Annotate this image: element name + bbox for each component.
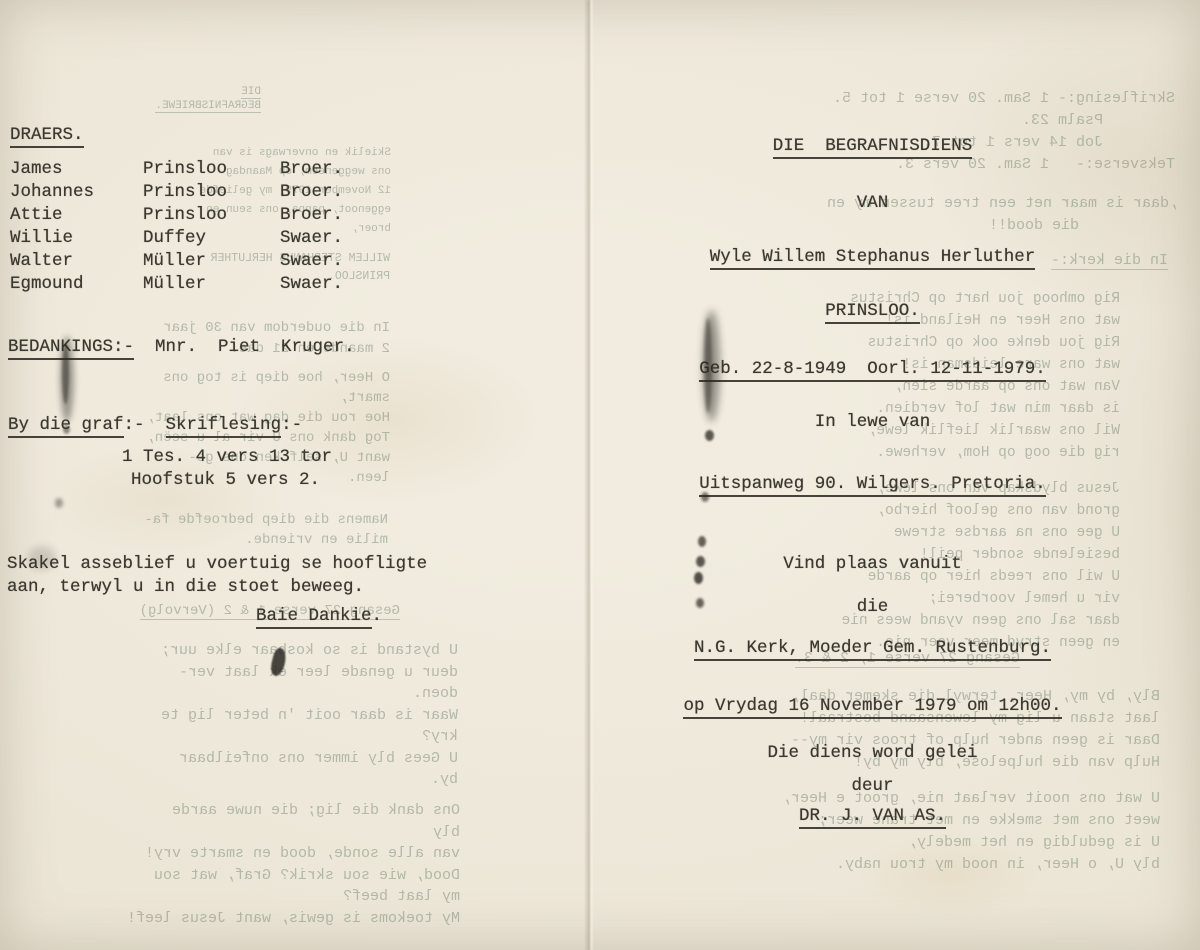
thank-you-line: Baie Dankie.: [256, 605, 382, 628]
page-fold-crease: [584, 0, 594, 950]
takes-place-label: Vind plaas vanuit: [600, 554, 1145, 574]
bearer-relation: Swaer.: [280, 273, 343, 296]
bleedthrough-right-paragraph: Skriflesing:- 1 Sam. 20 verse 1 tot 5. P…: [745, 88, 1175, 176]
bearer-surname: Duffey: [143, 227, 206, 250]
thanks-value: Mnr. Piet Kruger.: [134, 337, 355, 357]
ink-blot: [55, 498, 63, 508]
bearer-first-name: Johannes: [10, 181, 94, 204]
ink-smudge-core: [704, 318, 712, 413]
deceased-surname: PRINSLOO.: [825, 301, 920, 324]
headlights-notice-line1: Skakel asseblief u voertuig se hoofligte: [7, 553, 427, 576]
bleedthrough-left-paragraph: Namens die diep bedroefde fa- milie en v…: [58, 510, 388, 550]
thank-you-text: Baie Dankie: [256, 606, 372, 629]
bearer-surname: Müller: [143, 273, 206, 296]
bearer-surname: Müller: [143, 250, 206, 273]
bearer-surname: Prinsloo: [143, 204, 227, 227]
scanned-funeral-program: DIE BEGRAFNISBRIEWE. Skielik en onverwag…: [0, 0, 1200, 950]
headlights-notice-line2: aan, terwyl u in die stoet beweeg.: [7, 576, 364, 599]
of-label: VAN: [600, 193, 1145, 213]
grey-smudge: [28, 546, 56, 570]
bearer-first-name: Egmound: [10, 273, 84, 296]
ink-smudge-core: [62, 344, 69, 404]
ink-blot: [696, 598, 704, 608]
bearer-first-name: James: [10, 158, 63, 181]
bleedthrough-left-heading: DIE BEGRAFNISBRIEWE.: [133, 85, 261, 113]
by-word: deur: [600, 776, 1145, 796]
bleedthrough-left-paragraph: Ons dank die lig; die nuwe aarde bly van…: [15, 800, 460, 929]
scripture-reference-line2: Hoofstuk 5 vers 2.: [131, 469, 320, 492]
thanks-line: BEDANKINGS:- Mnr. Piet Kruger.: [8, 336, 355, 359]
ink-blot: [696, 556, 705, 567]
bearer-first-name: Willie: [10, 227, 73, 250]
bearer-relation: Swaer.: [280, 227, 343, 250]
bearer-first-name: Walter: [10, 250, 73, 273]
bearer-relation: Swaer.: [280, 250, 343, 273]
bearer-relation: Broer.: [280, 158, 343, 181]
bleedthrough-left-paragraph: U bystand is so kosbaar elke uur; deur u…: [28, 640, 458, 791]
deceased-name: Wyle Willem Stephanus Herluther: [710, 247, 1036, 270]
ink-blot: [63, 425, 70, 434]
bearers-heading: DRAERS.: [10, 125, 84, 148]
scripture-reading-label: Skriflesing: [166, 415, 282, 438]
ink-blot: [698, 536, 706, 547]
scripture-colon: :-: [281, 415, 302, 435]
thank-you-period: .: [372, 606, 383, 626]
church-name: N.G. Kerk, Moeder Gem. Rustenburg.: [694, 638, 1051, 661]
minister-name: DR. J. VAN AS.: [799, 806, 946, 829]
graveside-colon: :-: [124, 415, 166, 435]
service-datetime: op Vrydag 16 November 1979 om 12h00.: [683, 696, 1061, 719]
ink-blot: [694, 572, 703, 584]
bearer-relation: Broer.: [280, 204, 343, 227]
bearer-first-name: Attie: [10, 204, 63, 227]
service-title: DIE BEGRAFNISDIENS: [773, 136, 973, 159]
bearer-surname: Prinsloo: [143, 181, 227, 204]
scripture-reference-line1: 1 Tes. 4 vers 13 tor: [122, 446, 332, 469]
graveside-line: By die graf:- Skriflesing:-: [8, 414, 302, 437]
residence-address: Uitspanweg 90. Wilgers. Pretoria.: [699, 474, 1046, 497]
bearer-relation: Broer.: [280, 181, 343, 204]
service-led-label: Die diens word gelei: [600, 743, 1145, 763]
ink-blot: [705, 430, 714, 441]
bearer-surname: Prinsloo: [143, 158, 227, 181]
the-word: die: [600, 597, 1145, 617]
bleedthrough-right-paragraph: U wat ons nooit verlaat nie, groot e Hee…: [690, 788, 1160, 876]
ink-blot: [701, 492, 709, 502]
in-life-of-label: In lewe van: [600, 412, 1145, 432]
birth-death-dates: Geb. 22-8-1949 Oorl. 12-11-1979.: [699, 359, 1046, 382]
